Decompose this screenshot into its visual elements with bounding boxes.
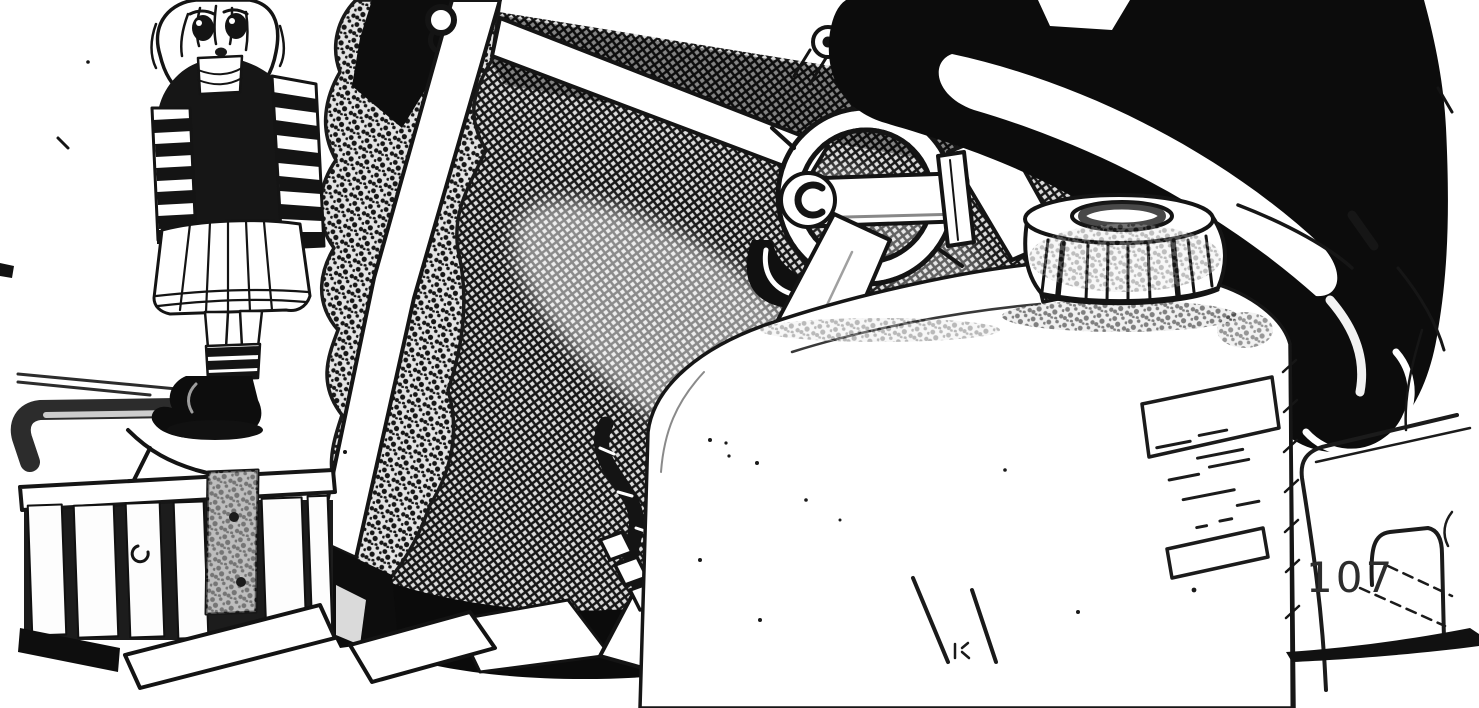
- skirt: [154, 221, 310, 314]
- tank-cap: [1025, 195, 1225, 304]
- manga-panel: 107: [0, 0, 1479, 708]
- page-number-label: 107: [1306, 553, 1395, 602]
- hook-eyelet: [428, 7, 454, 33]
- striped-socks: [206, 344, 260, 380]
- toned-post: [206, 470, 258, 614]
- collar: [198, 56, 242, 94]
- mouth: [215, 48, 227, 57]
- panel-illustration: [0, 0, 1479, 708]
